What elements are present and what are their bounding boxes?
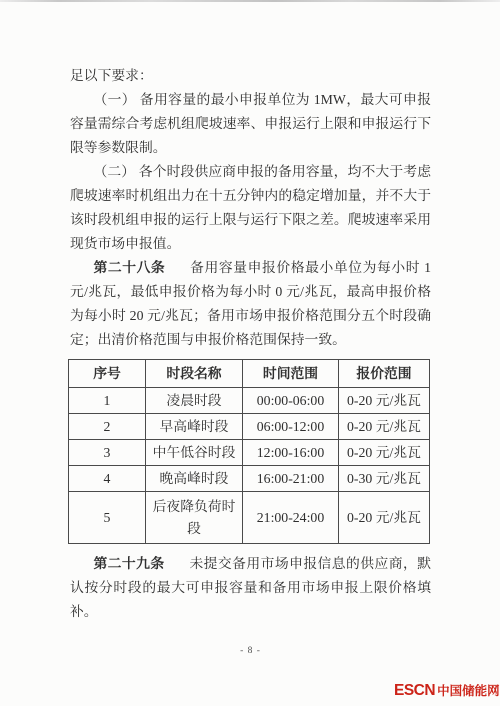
- column-header-price-range: 报价范围: [339, 360, 430, 388]
- table-row-3: 3 中午低谷时段 12:00-16:00 0-20 元/兆瓦: [69, 440, 430, 466]
- cell-price-range: 0-30 元/兆瓦: [339, 466, 430, 492]
- paragraph-item-2: （二） 各个时段供应商申报的备用容量，均不大于考虑爬坡速率时机组出力在十五分钟内…: [70, 160, 431, 256]
- cell-seq: 2: [69, 414, 146, 440]
- cell-time-range: 12:00-16:00: [243, 440, 339, 466]
- table-row-4: 4 晚高峰时段 16:00-21:00 0-30 元/兆瓦: [69, 466, 430, 492]
- paragraph-article-29: 第二十九条未提交备用市场申报信息的供应商，默认按分时段的最大可申报容量和备用市场…: [70, 552, 431, 624]
- cell-period-name: 晚高峰时段: [146, 466, 243, 492]
- content-column: 足以下要求： （一） 备用容量的最小申报单位为 1MW，最大可申报容量需综合考虑…: [70, 0, 431, 706]
- cell-period-name: 后夜降负荷时段: [146, 492, 243, 544]
- paragraph-article-28: 第二十八条备用容量申报价格最小单位为每小时 1 元/兆瓦，最低申报价格为每小时 …: [70, 256, 431, 352]
- escn-logo-cjk: 中国储能网: [437, 684, 500, 698]
- table-row-5: 5 后夜降负荷时段 21:00-24:00 0-20 元/兆瓦: [69, 492, 430, 544]
- escn-watermark-logo: ESCN中国储能网: [394, 681, 500, 700]
- cell-time-range: 06:00-12:00: [243, 414, 339, 440]
- cell-period-name: 中午低谷时段: [146, 440, 243, 466]
- cell-period-name: 早高峰时段: [146, 414, 243, 440]
- paragraph-intro-continuation: 足以下要求：: [70, 64, 431, 88]
- document-page: { "page": { "number_label": "- 8 -", "lo…: [0, 0, 500, 706]
- column-header-period-name: 时段名称: [146, 360, 243, 388]
- cell-price-range: 0-20 元/兆瓦: [339, 440, 430, 466]
- article-29-number: 第二十九条: [93, 556, 164, 571]
- table-row-1: 1 凌晨时段 00:00-06:00 0-20 元/兆瓦: [69, 388, 430, 414]
- cell-time-range: 16:00-21:00: [243, 466, 339, 492]
- cell-price-range: 0-20 元/兆瓦: [339, 492, 430, 544]
- cell-time-range: 00:00-06:00: [243, 388, 339, 414]
- cell-price-range: 0-20 元/兆瓦: [339, 388, 430, 414]
- column-header-time-range: 时间范围: [243, 360, 339, 388]
- cell-time-range: 21:00-24:00: [243, 492, 339, 544]
- page-number: - 8 -: [70, 645, 431, 657]
- article-28-number: 第二十八条: [93, 260, 165, 275]
- cell-seq: 1: [69, 388, 146, 414]
- cell-seq: 4: [69, 466, 146, 492]
- paragraph-item-1: （一） 备用容量的最小申报单位为 1MW，最大可申报容量需综合考虑机组爬坡速率、…: [70, 88, 431, 160]
- table-row-2: 2 早高峰时段 06:00-12:00 0-20 元/兆瓦: [69, 414, 430, 440]
- column-header-seq: 序号: [69, 360, 146, 388]
- bidding-periods-table: 序号 时段名称 时间范围 报价范围 1 凌晨时段 00:00-06:00 0-2…: [68, 359, 430, 544]
- cell-price-range: 0-20 元/兆瓦: [339, 414, 430, 440]
- table-header-row: 序号 时段名称 时间范围 报价范围: [69, 360, 430, 388]
- escn-logo-latin: ESCN: [394, 682, 435, 699]
- cell-period-name: 凌晨时段: [146, 388, 243, 414]
- cell-seq: 5: [69, 492, 146, 544]
- cell-seq: 3: [69, 440, 146, 466]
